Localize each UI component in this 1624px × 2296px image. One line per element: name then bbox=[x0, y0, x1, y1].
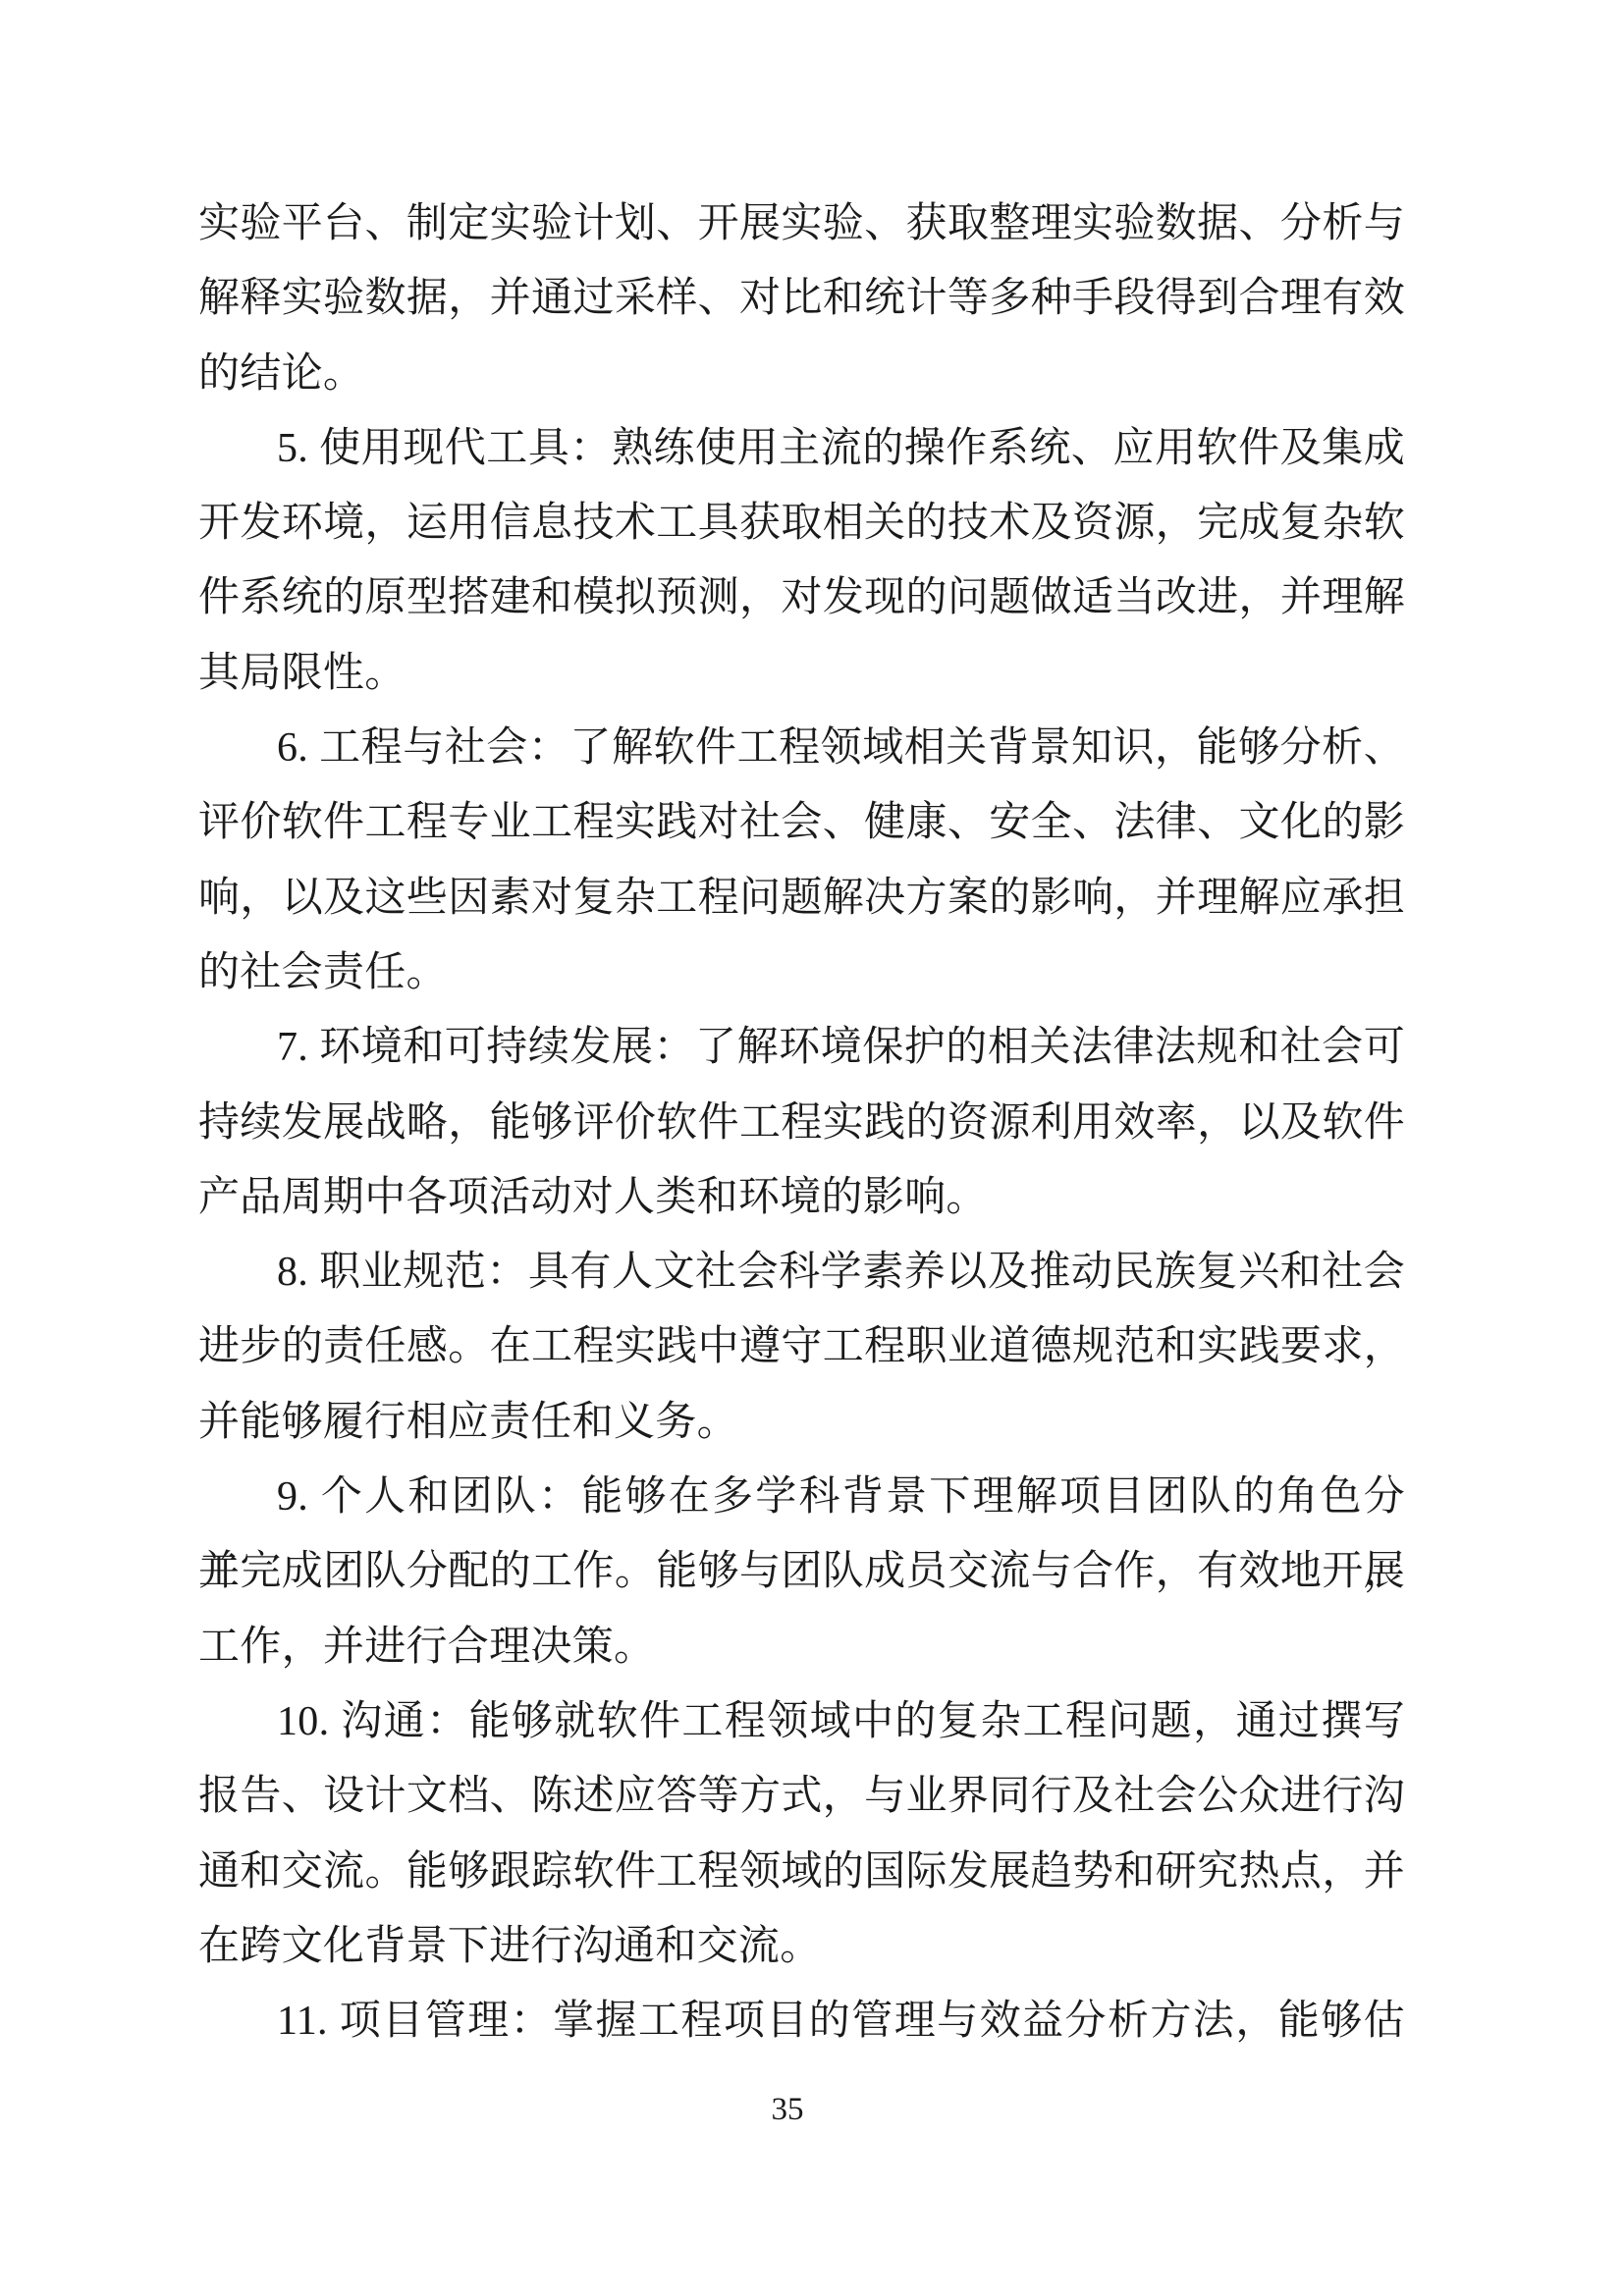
text-line: 持续发展战略，能够评价软件工程实践的资源利用效率，以及软件 bbox=[198, 1086, 1405, 1160]
text-line: 的社会责任。 bbox=[198, 935, 1405, 1010]
text-line: 通和交流。能够跟踪软件工程领域的国际发展趋势和研究热点，并 bbox=[198, 1835, 1405, 1909]
page-content: 实验平台、制定实验计划、开展实验、获取整理实验数据、分析与 解释实验数据，并通过… bbox=[198, 187, 1405, 2058]
text-line: 解释实验数据，并通过采样、对比和统计等多种手段得到合理有效 bbox=[198, 261, 1405, 336]
text-line: 并能够履行相应责任和义务。 bbox=[198, 1385, 1405, 1460]
text-line: 实验平台、制定实验计划、开展实验、获取整理实验数据、分析与 bbox=[198, 187, 1405, 261]
text-line: 响，以及这些因素对复杂工程问题解决方案的影响，并理解应承担 bbox=[198, 861, 1405, 935]
page-number: 35 bbox=[198, 2091, 1377, 2128]
text-line: 工作，并进行合理决策。 bbox=[198, 1610, 1405, 1684]
text-line-item-8: 8. 职业规范：具有人文社会科学素养以及推动民族复兴和社会 bbox=[198, 1235, 1405, 1309]
text-line: 其局限性。 bbox=[198, 636, 1405, 711]
text-line: 进步的责任感。在工程实践中遵守工程职业道德规范和实践要求， bbox=[198, 1309, 1405, 1384]
text-line: 的结论。 bbox=[198, 337, 1405, 411]
text-line-item-7: 7. 环境和可持续发展：了解环境保护的相关法律法规和社会可 bbox=[198, 1010, 1405, 1085]
text-line-item-6: 6. 工程与社会：了解软件工程领域相关背景知识，能够分析、 bbox=[198, 711, 1405, 785]
text-line: 报告、设计文档、陈述应答等方式，与业界同行及社会公众进行沟 bbox=[198, 1759, 1405, 1834]
text-line-item-11: 11. 项目管理：掌握工程项目的管理与效益分析方法，能够估 bbox=[198, 1984, 1405, 2058]
text-line: 在跨文化背景下进行沟通和交流。 bbox=[198, 1909, 1405, 1984]
text-line: 产品周期中各项活动对人类和环境的影响。 bbox=[198, 1160, 1405, 1235]
text-line-item-9: 9. 个人和团队：能够在多学科背景下理解项目团队的角色分工， bbox=[198, 1460, 1405, 1534]
text-line-item-5: 5. 使用现代工具：熟练使用主流的操作系统、应用软件及集成 bbox=[198, 411, 1405, 486]
text-line: 评价软件工程专业工程实践对社会、健康、安全、法律、文化的影 bbox=[198, 785, 1405, 860]
text-line: 件系统的原型搭建和模拟预测，对发现的问题做适当改进，并理解 bbox=[198, 561, 1405, 635]
text-line: 开发环境，运用信息技术工具获取相关的技术及资源，完成复杂软 bbox=[198, 486, 1405, 561]
text-line-item-10: 10. 沟通：能够就软件工程领域中的复杂工程问题，通过撰写 bbox=[198, 1684, 1405, 1759]
text-line: 并完成团队分配的工作。能够与团队成员交流与合作，有效地开展 bbox=[198, 1534, 1405, 1609]
document-page: 实验平台、制定实验计划、开展实验、获取整理实验数据、分析与 解释实验数据，并通过… bbox=[0, 0, 1624, 2296]
